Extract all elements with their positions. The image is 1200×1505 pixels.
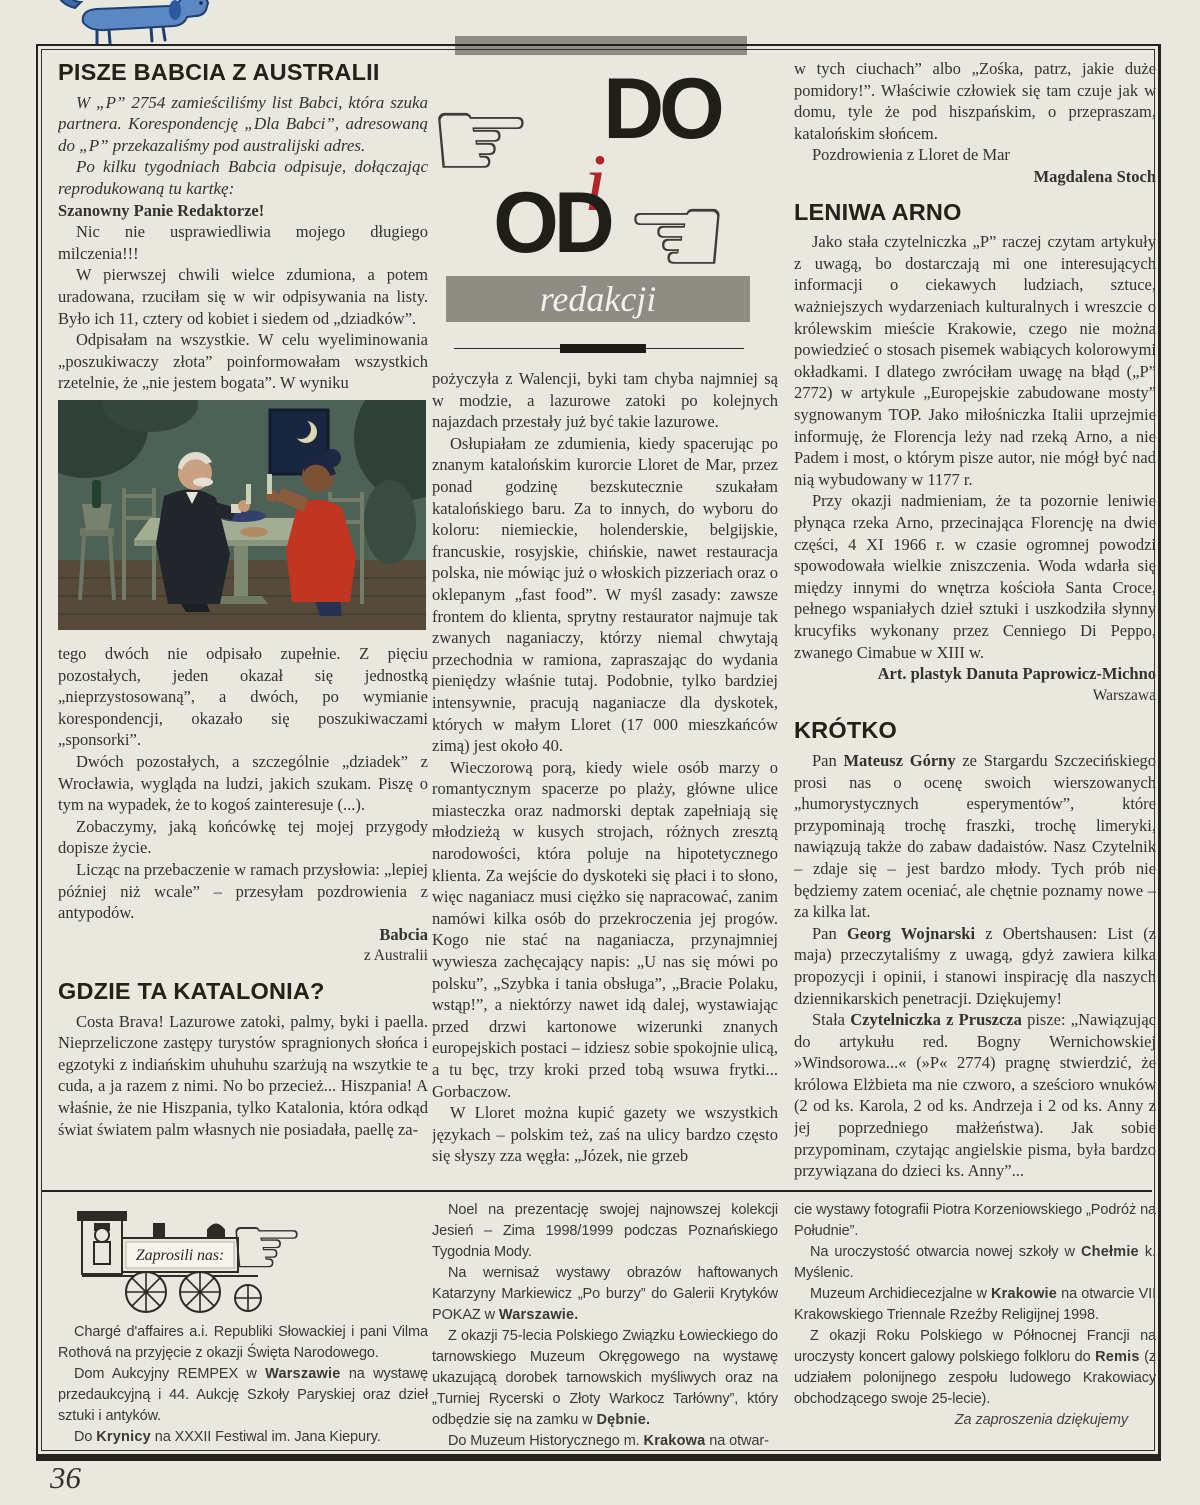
masthead-top-bar (455, 36, 747, 55)
zaprosili-item: Noel na prezentację swojej najnowszej ko… (432, 1200, 778, 1263)
krotko-item: Stała Czytelniczka z Pruszcza pisze: „Na… (794, 1009, 1156, 1182)
zaprosili-item: Na wernisaż wystawy obrazów haftowanych … (432, 1263, 778, 1326)
zaprosili-item: Z okazji 75-lecia Polskiego Związku Łowi… (432, 1326, 778, 1431)
dachshund-illustration (55, 0, 225, 46)
pointing-hand-right-icon: ☞ (228, 1204, 305, 1290)
babcia-signature-origin: z Australii (58, 945, 428, 967)
katalonia-paragraph: Costa Brava! Lazurowe zatoki, palmy, byk… (58, 1011, 428, 1141)
katalonia-paragraph: w tych ciuchach” albo „Zośka, patrz, jak… (794, 58, 1156, 144)
babcia-paragraph: Licząc na przebaczenie w ramach przysłow… (58, 859, 428, 924)
zaprosili-item: Na uroczystość otwarcia nowej szkoły w C… (794, 1242, 1156, 1284)
zaprosili-item: Dom Aukcyjny REMPEX w Warszawie na wysta… (58, 1364, 428, 1427)
section-title-krotko: KRÓTKO (794, 718, 1156, 743)
krotko-item: Pan Georg Wojnarski z Obertshausen: List… (794, 923, 1156, 1009)
masthead-logo: ☞ DO i OD ☜ redakcji (432, 58, 778, 360)
babcia-paragraph: Dwóch pozostałych, a szczególnie „dziade… (58, 751, 428, 816)
babcia-intro: Po kilku tygodniach Babcia odpisuje, doł… (58, 156, 428, 199)
arno-paragraph: Jako stała czytelniczka „P” raczej czyta… (794, 231, 1156, 490)
train-label: Zaprosili nas: (136, 1247, 224, 1264)
zaprosili-item: cie wystawy fotografii Piotra Korzeniows… (794, 1200, 1156, 1242)
couple-painting-illustration (58, 400, 428, 635)
zaprosili-column-left: Zaprosili nas: ☞ Chargé d'affaires a.i. … (58, 1200, 428, 1452)
babcia-paragraph: W pierwszej chwili wielce zdumiona, a po… (58, 264, 428, 329)
zaprosili-item: Muzeum Archidiecezjalne w Krakowie na ot… (794, 1284, 1156, 1326)
katalonia-greeting: Pozdrowienia z Lloret de Mar (794, 144, 1156, 166)
katalonia-paragraph: pożyczyła z Walencji, byki tam chyba naj… (432, 368, 778, 433)
babcia-paragraph: tego dwóch nie odpisało zupełnie. Z pięc… (58, 643, 428, 751)
arno-paragraph: Przy okazji nadmieniam, że ta pozornie l… (794, 490, 1156, 663)
babcia-intro: W „P” 2754 zamieściliśmy list Babci, któ… (58, 92, 428, 157)
masthead-redakcji-bar: redakcji (446, 276, 750, 322)
babcia-paragraph: Zobaczymy, jaką końcówkę tej mojej przyg… (58, 816, 428, 859)
masthead-od: OD (493, 180, 610, 266)
katalonia-paragraph: Wieczorową porą, kiedy wiele osób marzy … (432, 757, 778, 1103)
arno-signature-city: Warszawa (794, 685, 1156, 707)
katalonia-paragraph: Osłupiałam ze zdumienia, kiedy spacerują… (432, 433, 778, 757)
arno-signature: Art. plastyk Danuta Paprowicz-Michno (794, 663, 1156, 685)
train-illustration: Zaprosili nas: ☞ (58, 1202, 428, 1318)
column-left: PISZE BABCIA Z AUSTRALII W „P” 2754 zami… (58, 58, 428, 1186)
masthead-rule-thick (560, 344, 646, 353)
zaprosili-thanks: Za zaproszenia dziękujemy (794, 1410, 1156, 1431)
masthead-redakcji: redakcji (540, 279, 657, 319)
katalonia-signature: Magdalena Stoch (794, 166, 1156, 188)
zaprosili-item: Do Krynicy na XXXII Festiwal im. Jana Ki… (58, 1427, 428, 1448)
babcia-salutation: Szanowny Panie Redaktorze! (58, 200, 428, 222)
zaprosili-column-center: Noel na prezentację swojej najnowszej ko… (432, 1200, 778, 1452)
babcia-signature: Babcia (58, 924, 428, 946)
zaprosili-column-right: cie wystawy fotografii Piotra Korzeniows… (794, 1200, 1156, 1452)
zaprosili-item: Chargé d'affaires a.i. Republiki Słowack… (58, 1322, 428, 1364)
column-right: w tych ciuchach” albo „Zośka, patrz, jak… (794, 58, 1156, 1186)
zaprosili-item: Z okazji Roku Polskiego w Północnej Fran… (794, 1326, 1156, 1410)
section-title-arno: LENIWA ARNO (794, 200, 1156, 225)
section-title-katalonia: GDZIE TA KATALONIA? (58, 979, 428, 1004)
zaprosili-divider (42, 1190, 1152, 1192)
masthead-do: DO (603, 66, 720, 152)
babcia-paragraph: Nic nie usprawiedliwia mojego długiego m… (58, 221, 428, 264)
babcia-paragraph: Odpisałam na wszystkie. W celu wyelimino… (58, 329, 428, 394)
page-number: 36 (50, 1460, 81, 1496)
column-center: ☞ DO i OD ☜ redakcji pożyczyła z Walencj… (432, 58, 778, 1186)
krotko-item: Pan Mateusz Górny ze Stargardu Szczecińs… (794, 750, 1156, 923)
section-title-babcia: PISZE BABCIA Z AUSTRALII (58, 60, 428, 85)
katalonia-paragraph: W Lloret można kupić gazety we wszystkic… (432, 1102, 778, 1167)
zaprosili-item: Do Muzeum Historycznego m. Krakowa na ot… (432, 1431, 778, 1452)
